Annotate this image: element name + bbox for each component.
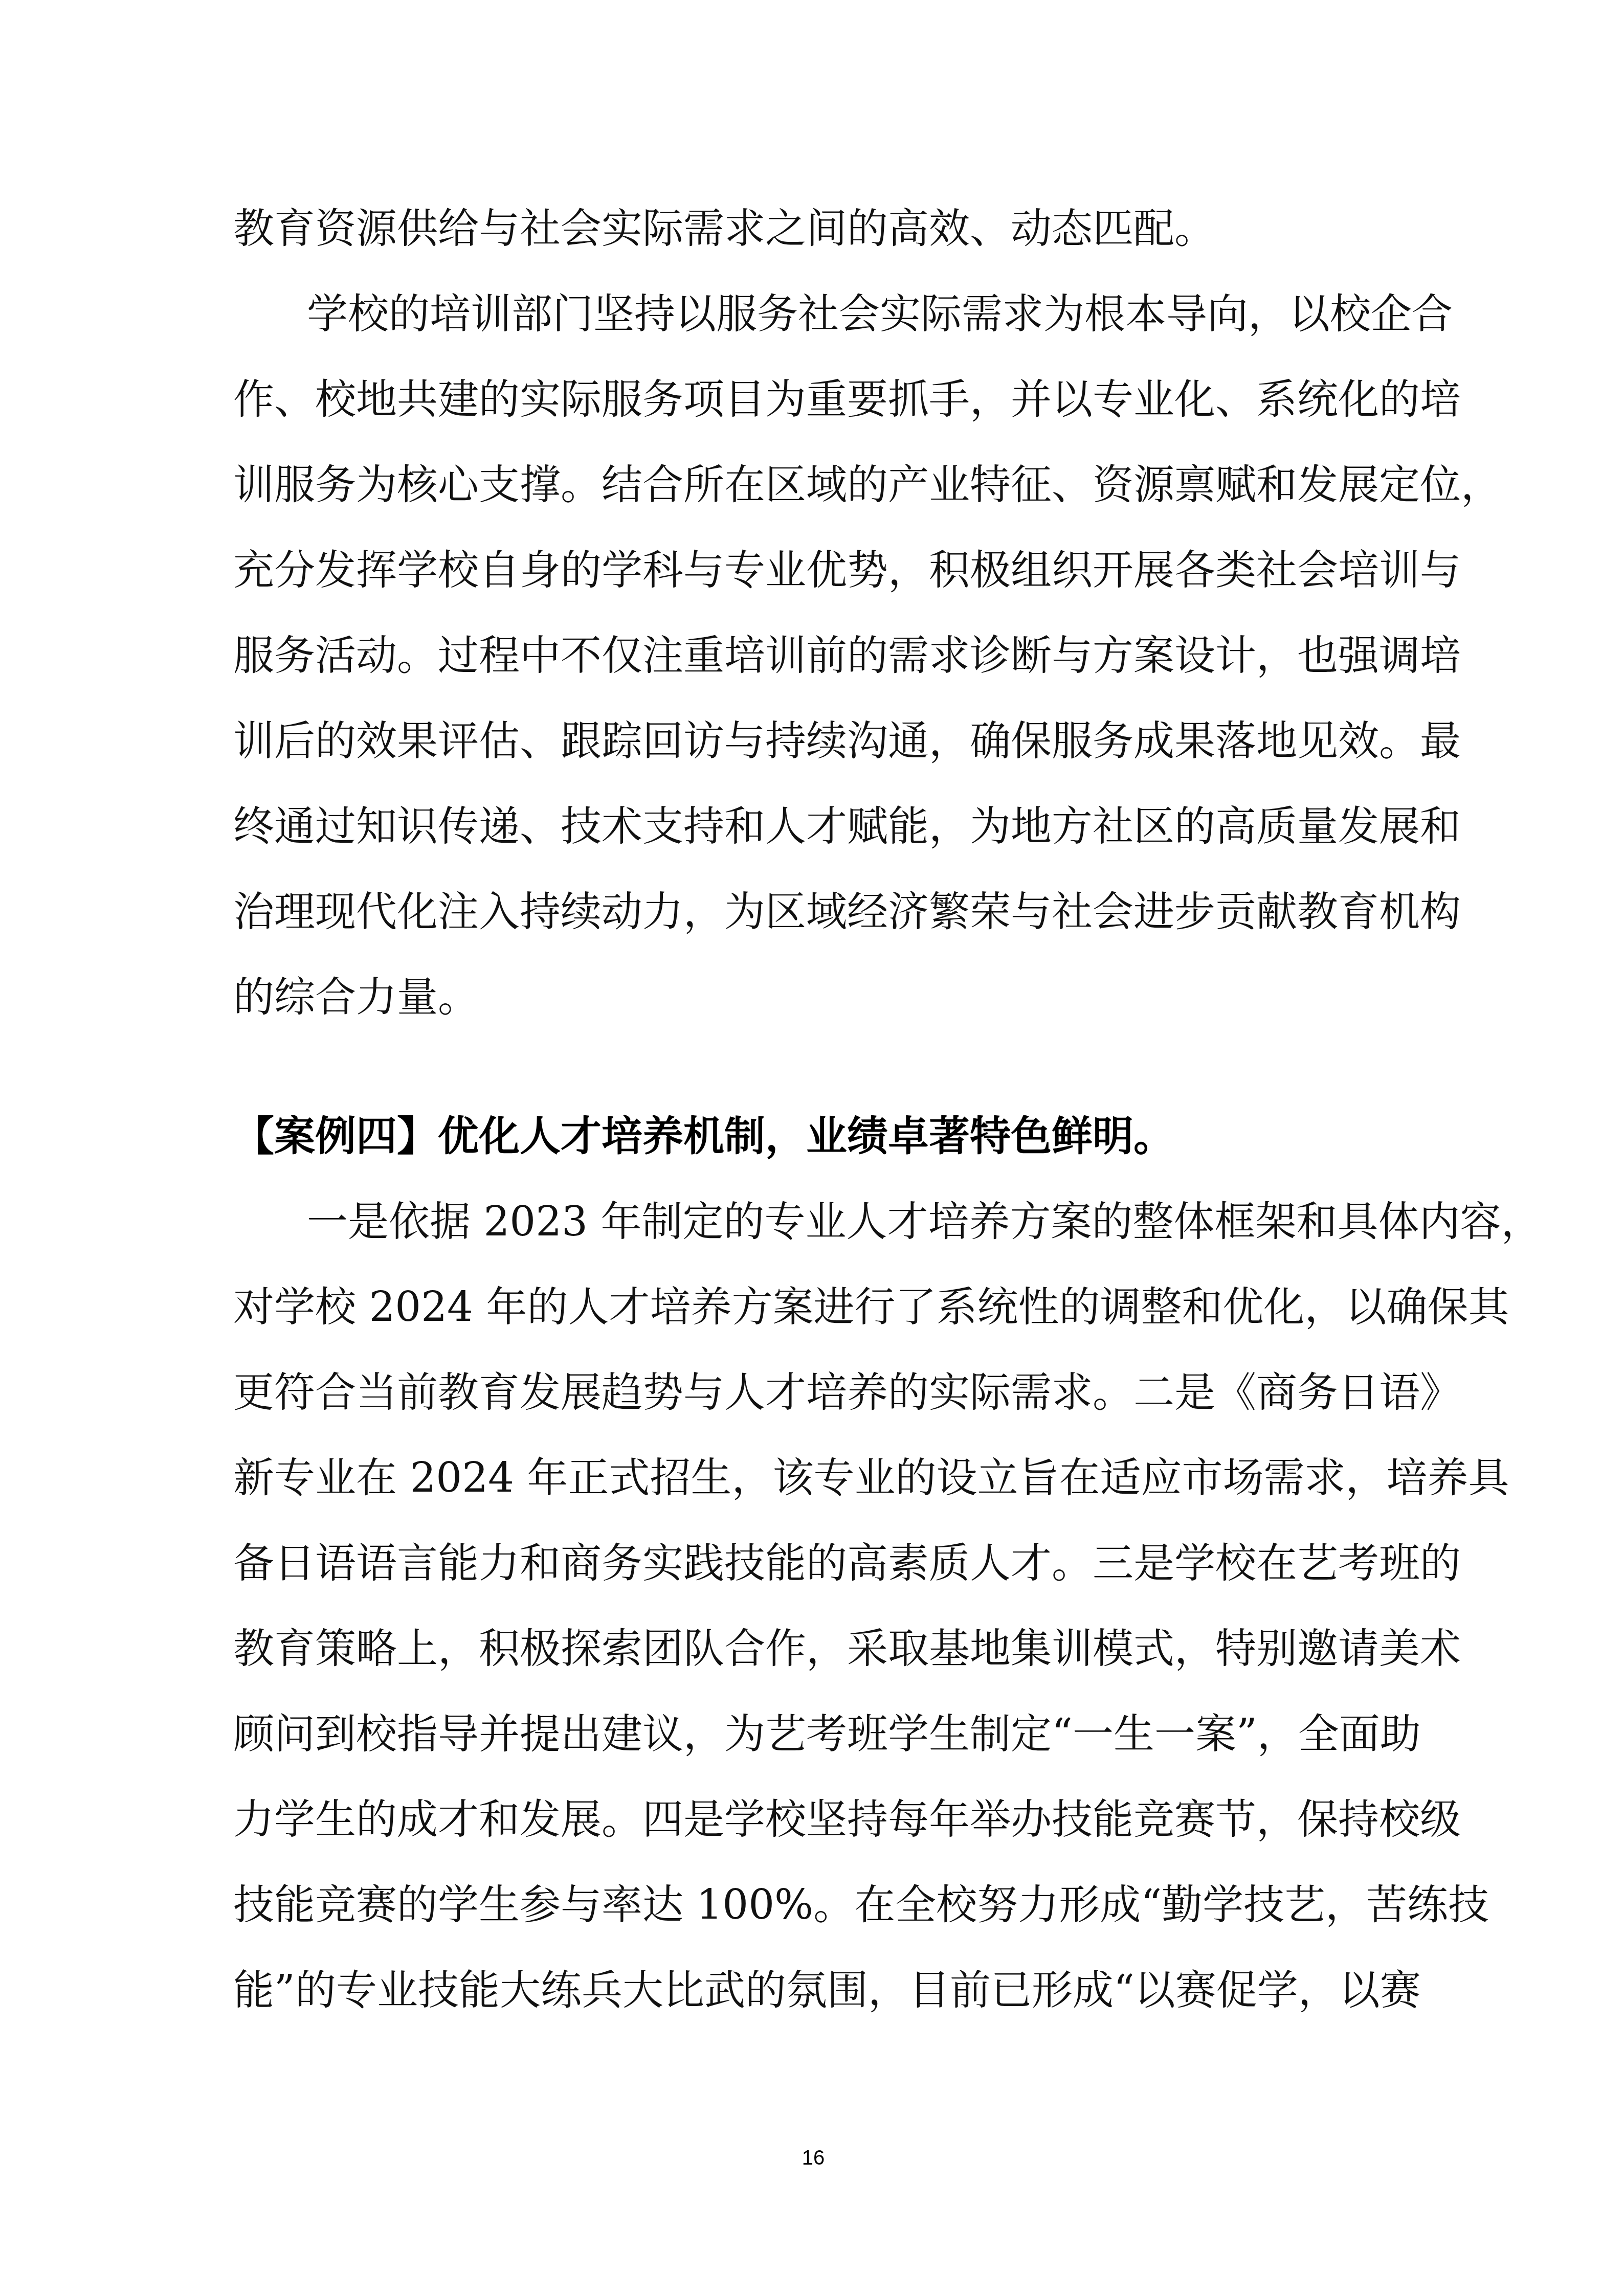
paragraph-line: 对学校 2024 年的人才培养方案进行了系统性的调整和优化，以确保其 <box>233 1281 1405 1333</box>
paragraph-line: 治理现代化注入持续动力，为区域经济繁荣与社会进步贡献教育机构 <box>233 886 1405 937</box>
paragraph-line: 充分发挥学校自身的学科与专业优势，积极组织开展各类社会培训与 <box>233 545 1405 596</box>
document-page: 教育资源供给与社会实际需求之间的高效、动态匹配。 学校的培训部门坚持以服务社会实… <box>0 0 1624 2296</box>
paragraph-line: 技能竞赛的学生参与率达 100%。在全校努力形成“勤学技艺，苦练技 <box>233 1879 1405 1930</box>
paragraph-line: 力学生的成才和发展。四是学校坚持每年举办技能竞赛节，保持校级 <box>233 1794 1405 1845</box>
paragraph-line: 训服务为核心支撑。结合所在区域的产业特征、资源禀赋和发展定位， <box>233 459 1405 510</box>
page-number: 16 <box>788 2145 839 2171</box>
paragraph-line: 学校的培训部门坚持以服务社会实际需求为根本导向，以校企合 <box>307 288 1405 340</box>
paragraph-line: 新专业在 2024 年正式招生，该专业的设立旨在适应市场需求，培养具 <box>233 1452 1405 1503</box>
paragraph-line: 能”的专业技能大练兵大比武的氛围，目前已形成“以赛促学，以赛 <box>233 1965 1405 2016</box>
case-heading: 【案例四】优化人才培养机制，业绩卓著特色鲜明。 <box>233 1111 1174 1162</box>
paragraph-line: 终通过知识传递、技术支持和人才赋能，为地方社区的高质量发展和 <box>233 801 1405 852</box>
paragraph-line: 一是依据 2023 年制定的专业人才培养方案的整体框架和具体内容， <box>307 1196 1405 1247</box>
paragraph-line: 训后的效果评估、跟踪回访与持续沟通，确保服务成果落地见效。最 <box>233 715 1405 767</box>
paragraph-line: 顾问到校指导并提出建议，为艺考班学生制定“一生一案”，全面助 <box>233 1708 1405 1760</box>
paragraph-line: 作、校地共建的实际服务项目为重要抓手，并以专业化、系统化的培 <box>233 374 1405 425</box>
paragraph-line: 的综合力量。 <box>233 972 1405 1023</box>
paragraph-line: 服务活动。过程中不仅注重培训前的需求诊断与方案设计，也强调培 <box>233 630 1405 681</box>
paragraph-line: 教育策略上，积极探索团队合作，采取基地集训模式，特别邀请美术 <box>233 1623 1405 1674</box>
paragraph-line: 备日语语言能力和商务实践技能的高素质人才。三是学校在艺考班的 <box>233 1538 1405 1589</box>
paragraph-line: 更符合当前教育发展趋势与人才培养的实际需求。二是《商务日语》 <box>233 1367 1405 1418</box>
paragraph-line: 教育资源供给与社会实际需求之间的高效、动态匹配。 <box>233 203 1405 254</box>
